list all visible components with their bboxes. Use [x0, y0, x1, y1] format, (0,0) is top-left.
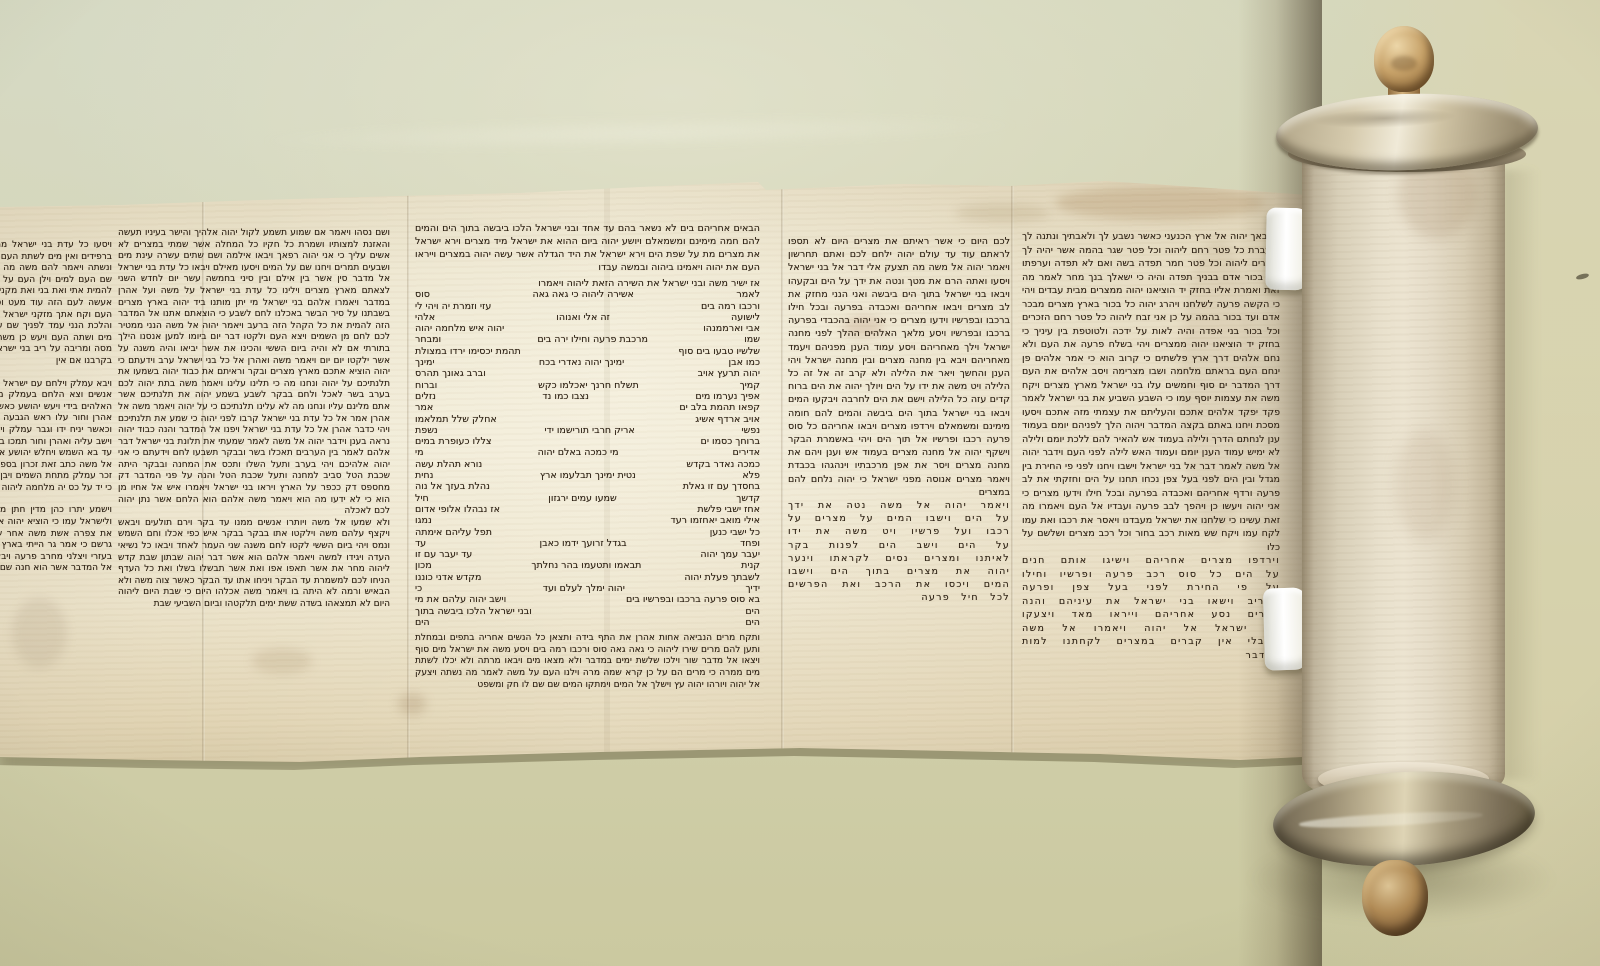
scripture-block: ויאמר יהוה אל משה נטה את ידך על הים וישב…	[788, 499, 1010, 605]
song-of-the-sea-line: אבי וארממנהויהוה איש מלחמה יהוה	[415, 323, 760, 334]
song-of-the-sea-line: אפיך נערמו מיםנצבו כמו נדנזלים	[415, 391, 760, 402]
song-of-the-sea-line: בחסדך עם זו גאלתנהלת בעזך אל נוה	[415, 481, 760, 492]
scripture-block: ושם נסהו ויאמר אם שמוע תשמע לקול יהוה אל…	[118, 228, 390, 518]
text-column-exodus-17-18: ויסעו כל עדת בני ישראל ממדבר סין למסעיהם…	[0, 240, 112, 702]
text-column-song-of-the-sea: הבאים אחריהם בים לא נשאר בהם עד אחד ובני…	[415, 222, 760, 706]
scripture-block: הבאים אחריהם בים לא נשאר בהם עד אחד ובני…	[415, 222, 760, 274]
song-of-the-sea-line: כל ישבי כנעןתפל עליהם אימתה	[415, 527, 760, 538]
song-of-the-sea-line: ברוחך כסמו יםצללו כעופרת במים	[415, 436, 760, 447]
song-of-the-sea-line: כמו אבןימינך יהוה נאדרי בכחימינך	[415, 357, 760, 368]
parchment-stain	[955, 204, 1050, 222]
sheet-seam	[407, 178, 410, 768]
scripture-block: ותקח מרים הנביאה אחות אהרן את התף בידה ו…	[415, 633, 760, 691]
song-of-the-sea-line: שלשיו טבעו בים סוףתהמת יכסימו ירדו במצול…	[415, 346, 760, 357]
song-of-the-sea-line: יהוה תרעץ אויבוברב גאונך תהרס	[415, 368, 760, 379]
photograph-torah-scroll: ויסעו כל עדת בני ישראל ממדבר סין למסעיהם…	[0, 0, 1600, 966]
song-of-the-sea-line: כמכה נאדר בקדשנורא תהלת עשה	[415, 459, 760, 470]
song-of-the-sea-line: לישועהזה אלי ואנוהואלהי	[415, 312, 760, 323]
sheet-seam	[1011, 178, 1014, 768]
torah-parchment-sheet: ויסעו כל עדת בני ישראל ממדבר סין למסעיהם…	[0, 178, 1322, 768]
song-of-the-sea-line: אז ישיר משה ובני ישראל את השירה הזאת ליה…	[415, 278, 760, 289]
song-of-the-sea-line: היםובני ישראל הלכו ביבשה בתוך	[415, 606, 760, 617]
parchment-stain	[1055, 186, 1265, 220]
song-of-the-sea-line: קדשךשמעו עמים ירגזוןחיל	[415, 493, 760, 504]
roller-shadow-on-table	[1502, 170, 1538, 780]
song-of-the-sea-line: שמומרכבת פרעה וחילו ירה ביםומבחר	[415, 334, 760, 345]
scripture-block: ויסעו כל עדת בני ישראל ממדבר סין למסעיהם…	[0, 240, 112, 368]
brass-finial-top	[1374, 26, 1434, 92]
song-of-the-sea-line: אחז ישבי פלשתאז נבהלו אלופי אדום	[415, 504, 760, 515]
text-column-exodus-15-16: ושם נסהו ויאמר אם שמוע תשמע לקול יהוה אל…	[118, 228, 390, 698]
song-of-the-sea-line: קפאו תהמת בלב יםאמר	[415, 402, 760, 413]
song-of-the-sea-line: בא סוס פרעה ברכבו ובפרשיו ביםוישב יהוה ע…	[415, 594, 760, 605]
text-column-exodus-14: לכם היום כי אשר ראיתם את מצרים היום לא ת…	[788, 235, 1010, 701]
song-of-the-sea-line: יעבר עמך יהוהעד יעבר עם זו	[415, 549, 760, 560]
scripture-block: לכם היום כי אשר ראיתם את מצרים היום לא ת…	[788, 235, 1010, 499]
scripture-block: ויבא עמלק וילחם עם ישראל ברפידם ויאמר מש…	[0, 379, 112, 495]
song-of-the-sea-line: קניתתבאמו ותטעמו בהר נחלתךמכון	[415, 560, 760, 571]
scripture-block: אז ישיר משה ובני ישראל את השירה הזאת ליה…	[415, 278, 760, 628]
song-of-the-sea-line: לשבתך פעלת יהוהמקדש אדני כוננו	[415, 572, 760, 583]
song-of-the-sea-line: פלאנטית ימינך תבלעמו ארץנחית	[415, 470, 760, 481]
table-scratch-mark	[1576, 273, 1590, 281]
scripture-block: ולא שמעו אל משה ויותרו אנשים ממנו עד בקר…	[118, 518, 390, 611]
song-of-the-sea-line: אילי מואב יאחזמו רעדנמגו	[415, 515, 760, 526]
song-of-the-sea-line: קמיךתשלח חרנך יאכלמו כקשוברוח	[415, 380, 760, 391]
scripture-block: וישמע יתרו כהן מדין חתן משה את כל אשר עש…	[0, 505, 112, 575]
table-surface-highlight	[260, 110, 1020, 156]
song-of-the-sea-line: לאמראשירה ליהוה כי גאה גאהסוס	[415, 289, 760, 300]
sheet-seam	[781, 178, 784, 768]
song-of-the-sea-line: ידיךיהוה ימלך לעלם ועדכי	[415, 583, 760, 594]
brass-finial-bottom	[1362, 860, 1428, 936]
cylinder-stain	[1395, 430, 1455, 540]
song-of-the-sea-line: אויב ארדף אשיגאחלק שלל תמלאמו	[415, 414, 760, 425]
song-of-the-sea-line: ופחדבגדל זרועך ידמו כאבןעד	[415, 538, 760, 549]
song-of-the-sea-line: נפשיאריק חרבי תורישמו ידינשפת	[415, 425, 760, 436]
song-of-the-sea-line: ורכבו רמה ביםעזי וזמרת יה ויהי לי	[415, 301, 760, 312]
song-of-the-sea-line: אדיריםמי כמכה באלם יהוהמי	[415, 447, 760, 458]
song-of-the-sea-line: היםהים	[415, 617, 760, 628]
